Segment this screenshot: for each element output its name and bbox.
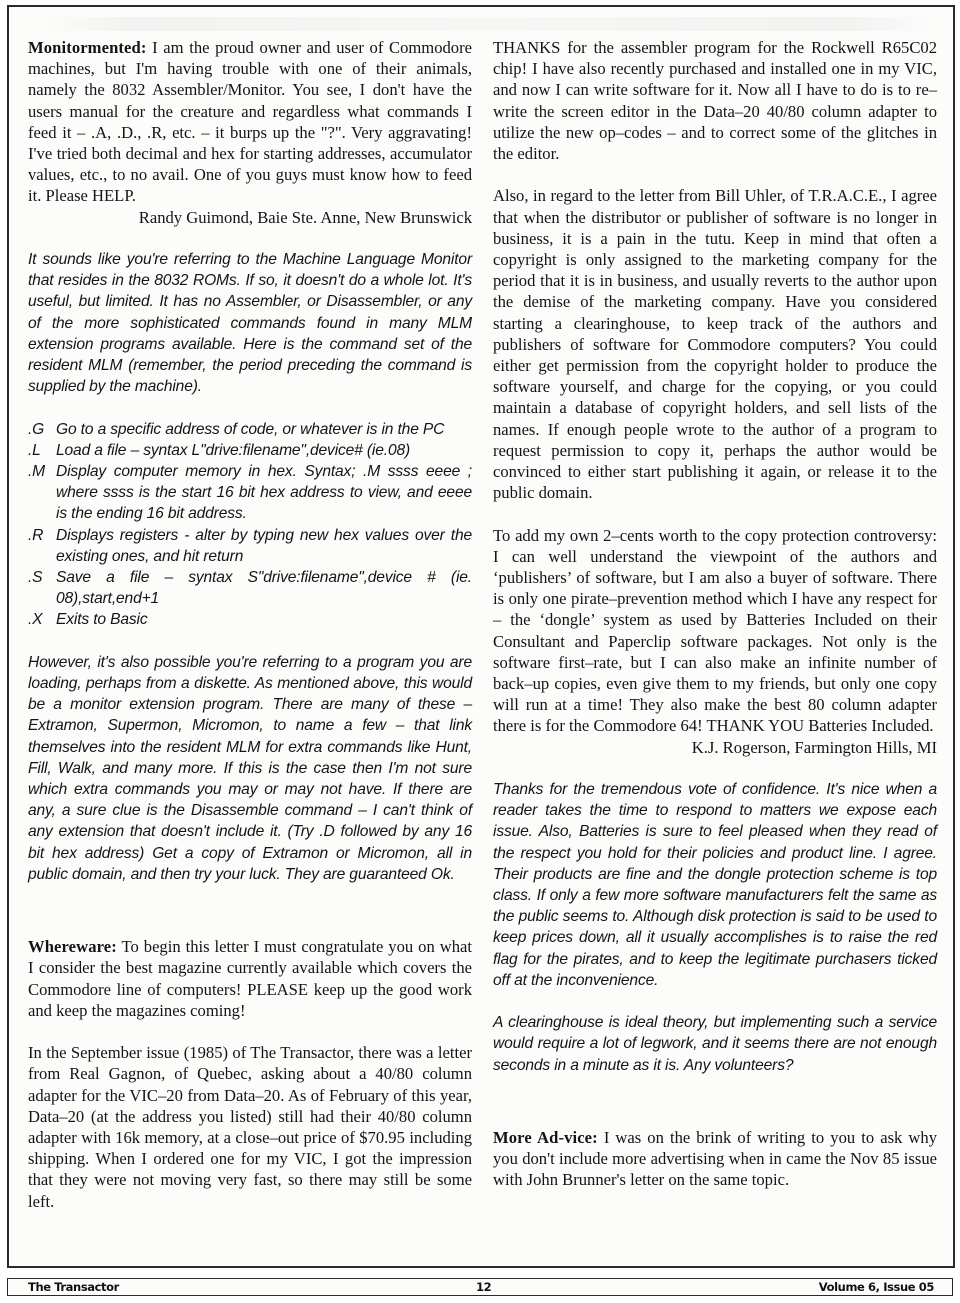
reply-paragraph: Thanks for the tremendous vote of confid… — [493, 779, 937, 991]
command-key: .S — [28, 567, 56, 588]
left-column: Monitormented: I am the proud owner and … — [28, 37, 472, 1233]
command-description: Save a file – syntax S"drive:filename",d… — [56, 567, 472, 609]
command-item: .G Go to a specific address of code, or … — [28, 419, 472, 440]
command-item: .M Display computer memory in hex. Synta… — [28, 461, 472, 525]
letter-body: Whereware: To begin this letter I must c… — [28, 936, 472, 1021]
command-key: .M — [28, 461, 56, 482]
command-description: Go to a specific address of code, or wha… — [56, 419, 472, 440]
letter-body: More Ad-vice: I was on the brink of writ… — [493, 1127, 937, 1191]
command-description: Displays registers - alter by typing new… — [56, 525, 472, 567]
command-description: Exits to Basic — [56, 609, 472, 630]
letter-paragraph: THANKS for the assembler program for the… — [493, 37, 937, 164]
letter-signature: K.J. Rogerson, Farmington Hills, MI — [493, 737, 937, 758]
command-key: .R — [28, 525, 56, 546]
letter-paragraph: In the September issue (1985) of The Tra… — [28, 1042, 472, 1212]
letter-paragraph: Also, in regard to the letter from Bill … — [493, 185, 937, 503]
reply-followup: However, it's also possible you're refer… — [28, 652, 472, 885]
command-description: Display computer memory in hex. Syntax; … — [56, 461, 472, 525]
command-key: .L — [28, 440, 56, 461]
page-footer: The Transactor 12 Volume 6, Issue 05 — [7, 1278, 953, 1296]
bleed-through-text — [39, 17, 939, 31]
letter-heading: Monitormented: — [28, 38, 146, 57]
command-item: .X Exits to Basic — [28, 609, 472, 630]
letter-monitormented: Monitormented: I am the proud owner and … — [28, 37, 472, 228]
letter-heading: More Ad-vice: — [493, 1128, 598, 1147]
letter-paragraph: To add my own 2–cents worth to the copy … — [493, 525, 937, 737]
page-frame: Monitormented: I am the proud owner and … — [7, 5, 955, 1268]
right-column: THANKS for the assembler program for the… — [493, 37, 937, 1212]
page-number: 12 — [476, 1279, 491, 1295]
issue-label: Volume 6, Issue 05 — [819, 1279, 934, 1295]
reply-intro: It sounds like you're referring to the M… — [28, 249, 472, 397]
editor-reply-monitor: It sounds like you're referring to the M… — [28, 249, 472, 885]
command-key: .X — [28, 609, 56, 630]
letter-more-ad-vice: More Ad-vice: I was on the brink of writ… — [493, 1127, 937, 1191]
publication-name: The Transactor — [28, 1279, 119, 1295]
letter-whereware-continued: THANKS for the assembler program for the… — [493, 37, 937, 758]
letter-heading: Whereware: — [28, 937, 117, 956]
command-description: Load a file – syntax L"drive:filename",d… — [56, 440, 472, 461]
letter-body: Monitormented: I am the proud owner and … — [28, 37, 472, 207]
reply-paragraph: A clearinghouse is ideal theory, but imp… — [493, 1012, 937, 1076]
mlm-command-list: .G Go to a specific address of code, or … — [28, 419, 472, 631]
letter-signature: Randy Guimond, Baie Ste. Anne, New Bruns… — [28, 207, 472, 228]
letter-text: I am the proud owner and user of Commodo… — [28, 38, 472, 205]
section-spacer — [493, 1097, 937, 1127]
editor-reply-dongle: Thanks for the tremendous vote of confid… — [493, 779, 937, 1076]
command-item: .L Load a file – syntax L"drive:filename… — [28, 440, 472, 461]
section-spacer — [28, 906, 472, 936]
command-item: .R Displays registers - alter by typing … — [28, 525, 472, 567]
command-item: .S Save a file – syntax S"drive:filename… — [28, 567, 472, 609]
command-key: .G — [28, 419, 56, 440]
letter-whereware: Whereware: To begin this letter I must c… — [28, 936, 472, 1212]
